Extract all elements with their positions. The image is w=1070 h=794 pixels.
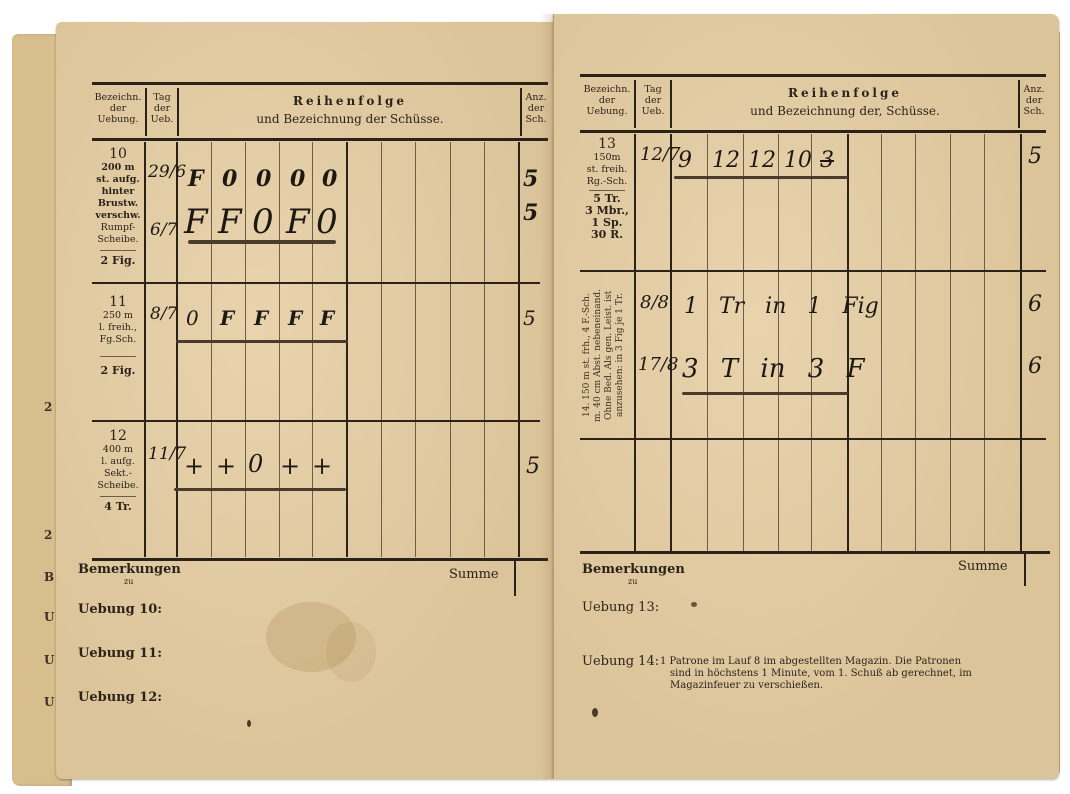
entry-date: 29/6 (148, 162, 186, 182)
shot-gridline (211, 142, 212, 557)
exercise-desc: anzusehen: in 3 Fig je 1 Tr. (615, 276, 626, 434)
shot-mark: F (188, 166, 204, 192)
entry-date: 17/8 (638, 354, 678, 375)
shot-mark: + (216, 452, 236, 480)
header-text: Anz. (1020, 84, 1048, 95)
shot-gridline (778, 134, 779, 552)
shot-result-text: 3 T in 3 F (682, 354, 865, 384)
col-divider (1020, 134, 1022, 552)
left-page: Bezeichn. der Uebung. Tag der Ueb. Reihe… (56, 22, 553, 779)
shot-count: 5 (523, 200, 538, 226)
remarks-title: Bemerkungen (582, 562, 685, 577)
shot-gridline (312, 142, 313, 557)
header-col-day: Tag der Ueb. (636, 84, 670, 117)
col-divider (144, 142, 146, 557)
shot-gridline (743, 134, 744, 552)
header-text: Tag (636, 84, 670, 95)
exercise-number: 12 (92, 428, 144, 444)
entry-date: 8/8 (640, 292, 669, 313)
shot-gridline (811, 134, 812, 552)
shot-count: 6 (1028, 292, 1042, 317)
exercise-11-label: 11 250 m l. freih., Fg.Sch. 2 Fig. (92, 294, 144, 377)
back-mark: U (44, 695, 54, 709)
shot-mark: F (288, 306, 302, 330)
label-separator (589, 190, 625, 191)
remarks-zu: zu (124, 577, 181, 586)
shot-mark: 10 (784, 148, 812, 173)
exercise-desc: 250 m (92, 310, 144, 322)
exercise-desc: Fg.Sch. (92, 334, 144, 346)
shot-mark: 12 (712, 148, 740, 173)
shot-count: 6 (1028, 354, 1042, 379)
shot-mark: F (286, 202, 310, 242)
table-top-rule (92, 82, 548, 85)
shot-gridline (484, 142, 485, 557)
exercise-desc: Scheibe. (92, 234, 144, 246)
header-text: Tag (147, 92, 177, 103)
row-divider (580, 270, 1046, 272)
header-divider (177, 88, 179, 136)
remark-14-note: 1 Patrone im Lauf 8 im abgestellten Maga… (660, 656, 1060, 692)
shot-mark: F (184, 202, 208, 242)
shot-gridline (707, 134, 708, 552)
shot-mark: 0 (186, 306, 199, 330)
summe-divider (514, 560, 516, 596)
header-col-sequence-title: Reihenfolge (672, 86, 1018, 101)
entry-date: 11/7 (148, 444, 186, 464)
shot-mark: + (280, 452, 300, 480)
remark-label: Uebung 11: (78, 646, 162, 661)
exercise-target: 2 Fig. (92, 255, 144, 267)
shot-gridline (950, 134, 951, 552)
note-line: sind in höchstens 1 Minute, vom 1. Schuß… (660, 668, 1060, 680)
shot-mark: 3 (820, 148, 834, 173)
back-mark: U (44, 610, 54, 624)
exercise-12-label: 12 400 m l. aufg. Sekt.- Scheibe. 4 Tr. (92, 428, 144, 513)
exercise-desc: st. freih. (580, 164, 634, 176)
exercise-target: 30 R. (580, 229, 634, 241)
underline-stroke (174, 488, 346, 491)
shot-mark: F (320, 306, 334, 330)
underline-stroke (682, 392, 848, 395)
row-divider (92, 282, 540, 284)
shot-mark: 0 (252, 202, 274, 242)
exercise-10-label: 10 200 m st. aufg. hinter Brustw. versch… (92, 146, 144, 267)
shot-count: 5 (523, 306, 536, 330)
header-col-count: Anz. der Sch. (1020, 84, 1048, 117)
header-text: der (580, 95, 634, 106)
header-text: Uebung. (92, 114, 144, 125)
header-text: Sch. (1020, 106, 1048, 117)
exercise-desc: hinter (92, 186, 144, 198)
header-text: Uebung. (580, 106, 634, 117)
row-divider (580, 438, 1046, 440)
table-top-rule (580, 74, 1046, 77)
exercise-desc: l. freih., (92, 322, 144, 334)
shot-mark: F (218, 202, 242, 242)
exercise-desc: verschw. (92, 210, 144, 222)
header-text: Ueb. (636, 106, 670, 117)
right-page: Bezeichn. der Uebung. Tag der Ueb. Reihe… (553, 14, 1059, 779)
header-col-sequence-sub: und Bezeichnung der, Schüsse. (672, 104, 1018, 119)
shot-mark: 9 (678, 148, 692, 173)
remarks-title: Bemerkungen (78, 562, 181, 577)
shot-mark: 0 (290, 166, 305, 192)
header-col-day: Tag der Ueb. (147, 92, 177, 125)
col-divider (518, 142, 520, 557)
exercise-number: 11 (92, 294, 144, 310)
header-text: der (1020, 95, 1048, 106)
remarks-zu: zu (628, 577, 685, 586)
col-divider (847, 134, 849, 552)
table-bottom-rule (580, 551, 1050, 554)
shot-mark: F (220, 306, 234, 330)
summe-label: Summe (449, 567, 499, 582)
exercise-desc: Ohne Bed. Als gen. Leist. ist (604, 276, 615, 434)
shot-mark: + (184, 452, 204, 480)
shot-mark: 0 (322, 166, 337, 192)
remarks-section: Bemerkungen zu (78, 562, 181, 586)
exercise-desc: Brustw. (92, 198, 144, 210)
back-mark: 2 (44, 400, 52, 414)
summe-divider (1024, 554, 1026, 586)
label-separator (100, 496, 136, 497)
exercise-desc: m. 40 cm Abst. nebeneinand. (593, 276, 604, 434)
summe-label: Summe (958, 559, 1008, 574)
header-col-exercise: Bezeichn. der Uebung. (580, 84, 634, 117)
exercise-14-label: 14. 150 m st. frh., 4 F.-Sch. m. 40 cm A… (582, 276, 632, 434)
header-text: der (636, 95, 670, 106)
note-line: Magazinfeuer zu verschießen. (660, 680, 1060, 692)
exercise-desc: 150m (580, 152, 634, 164)
exercise-number: 10 (92, 146, 144, 162)
col-divider (346, 142, 348, 557)
header-text: der (92, 103, 144, 114)
exercise-target: 2 Fig. (92, 365, 144, 377)
remark-label: Uebung 10: (78, 602, 162, 617)
shot-gridline (245, 142, 246, 557)
ink-spot (247, 720, 251, 727)
shot-gridline (915, 134, 916, 552)
shot-mark: + (312, 452, 332, 480)
underline-stroke (188, 240, 336, 244)
shot-count: 5 (526, 454, 540, 479)
exercise-desc: l. aufg. (92, 456, 144, 468)
exercise-desc: 200 m (92, 162, 144, 174)
exercise-desc: 14. 150 m st. frh., 4 F.-Sch. (582, 276, 593, 434)
header-col-exercise: Bezeichn. der Uebung. (92, 92, 144, 125)
header-col-sequence-sub: und Bezeichnung der Schüsse. (180, 112, 520, 127)
shot-mark: 0 (316, 202, 338, 242)
remark-label: Uebung 13: (582, 600, 659, 615)
exercise-desc: Rg.-Sch. (580, 176, 634, 188)
label-separator (100, 250, 136, 251)
ink-spot (592, 708, 598, 717)
shot-gridline (450, 142, 451, 557)
ink-spot (691, 602, 697, 607)
shot-count: 5 (1028, 144, 1042, 169)
shot-mark: 0 (248, 450, 263, 478)
remark-label: Uebung 12: (78, 690, 162, 705)
header-col-sequence-title: Reihenfolge (180, 94, 520, 109)
exercise-desc: 400 m (92, 444, 144, 456)
label-separator (100, 356, 136, 357)
row-divider (92, 420, 540, 422)
exercise-desc: st. aufg. (92, 174, 144, 186)
back-mark: B (44, 570, 54, 584)
shot-gridline (279, 142, 280, 557)
shot-mark: 0 (222, 166, 237, 192)
table-bottom-rule (92, 558, 548, 561)
shot-count: 5 (523, 166, 538, 192)
water-stain (326, 622, 376, 682)
note-line: 1 Patrone im Lauf 8 im abgestellten Maga… (660, 656, 1060, 668)
underline-stroke (176, 340, 348, 343)
exercise-desc: Rumpf- (92, 222, 144, 234)
underline-stroke (674, 176, 848, 179)
shot-result-text: 1 Tr in 1 Fig (684, 294, 879, 319)
entry-date: 8/7 (150, 304, 177, 324)
exercise-13-label: 13 150m st. freih. Rg.-Sch. 5 Tr. 3 Mbr.… (580, 136, 634, 241)
shot-mark: F (254, 306, 268, 330)
back-mark: U (44, 653, 54, 667)
exercise-target: 4 Tr. (92, 501, 144, 513)
col-divider (176, 142, 178, 557)
shot-mark: 0 (256, 166, 271, 192)
shot-gridline (984, 134, 985, 552)
header-text: Bezeichn. (92, 92, 144, 103)
entry-date: 12/7 (640, 144, 680, 165)
exercise-number: 13 (580, 136, 634, 152)
header-text: Bezeichn. (580, 84, 634, 95)
remark-label: Uebung 14: (582, 654, 659, 669)
shot-gridline (415, 142, 416, 557)
header-text: Ueb. (147, 114, 177, 125)
shot-gridline (381, 142, 382, 557)
exercise-desc: Sekt.- (92, 468, 144, 480)
entry-date: 6/7 (150, 220, 177, 240)
exercise-desc: Scheibe. (92, 480, 144, 492)
shot-mark: 12 (748, 148, 776, 173)
remarks-section: Bemerkungen zu (582, 562, 685, 586)
header-text: der (147, 103, 177, 114)
header-bottom-rule (92, 138, 548, 141)
header-bottom-rule (580, 130, 1046, 133)
col-divider (670, 134, 672, 552)
shot-gridline (881, 134, 882, 552)
col-divider (634, 134, 636, 552)
back-mark: 2 (44, 528, 52, 542)
